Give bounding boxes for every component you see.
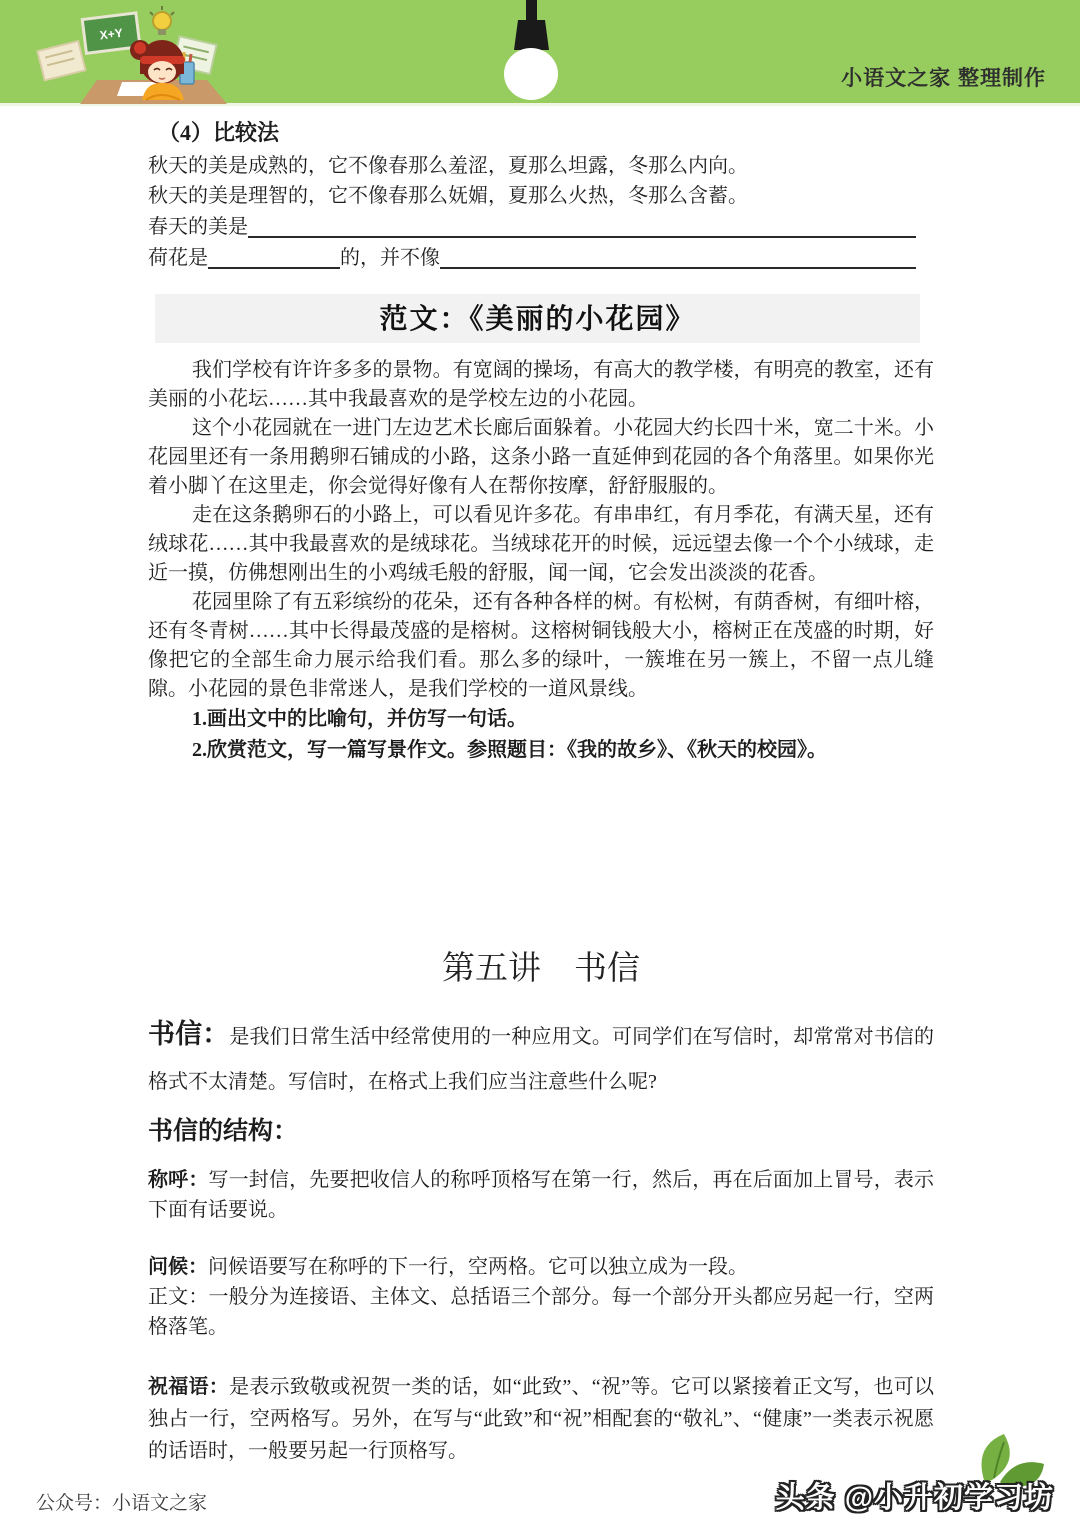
item-label: 问候：	[148, 1256, 208, 1278]
essay-paragraph: 这个小花园就在一进门左边艺术长廊后面躲着。小花园大约长四十米，宽二十米。小花园里…	[148, 414, 934, 501]
item-label: 正文：	[148, 1286, 208, 1308]
essay-title-banner: 范文：《美丽的小花园》	[155, 294, 920, 343]
letter-item-greeting: 问候：问候语要写在称呼的下一行，空两格。它可以独立成为一段。	[148, 1252, 934, 1282]
footer-watermark: 头条 @小升初学习坊	[774, 1432, 1054, 1522]
blank2-mid: 的，并不像	[340, 244, 440, 273]
letter-intro-label: 书信：	[148, 1019, 229, 1049]
studying-girl-illustration: X+Y	[22, 4, 237, 104]
blank2-prefix: 荷花是	[148, 244, 208, 273]
task-item: 1.画出文中的比喻句，并仿写一句话。	[148, 704, 934, 735]
essay-text: 我们学校有许许多多的景物。有宽阔的操场，有高大的教学楼，有明亮的教室，还有美丽的…	[148, 356, 934, 704]
lecture-title: 第五讲 书信	[148, 946, 934, 992]
hanging-lightbulb-icon	[496, 0, 566, 104]
footer-account-text: 公众号：小语文之家	[36, 1488, 207, 1515]
blank1-prefix: 春天的美是	[148, 213, 248, 242]
watermark-text: 头条 @小升初学习坊	[776, 1475, 1054, 1516]
fill-in-blank-row-1: 春天的美是	[148, 211, 934, 242]
page-header: X+Y	[0, 0, 1080, 106]
item-text: 写一封信，先要把收信人的称呼顶格写在第一行，然后，再在后面加上冒号，表示下面有话…	[148, 1169, 934, 1221]
item-label: 称呼：	[148, 1169, 208, 1191]
item-text: 一般分为连接语、主体文、总括语三个部分。每一个部分开头都应另起一行，空两格落笔。	[148, 1286, 934, 1338]
essay-tasks: 1.画出文中的比喻句，并仿写一句话。 2.欣赏范文，写一篇写景作文。参照题目：《…	[148, 704, 934, 766]
fill-in-blank-row-2: 荷花是 的，并不像	[148, 242, 934, 273]
svg-text:X+Y: X+Y	[99, 26, 124, 43]
letter-item-body: 正文：一般分为连接语、主体文、总括语三个部分。每一个部分开头都应另起一行，空两格…	[148, 1282, 934, 1342]
task-item: 2.欣赏范文，写一篇写景作文。参照题目：《我的故乡》、《秋天的校园》。	[148, 735, 934, 766]
note-paper-icon	[37, 41, 85, 80]
comparison-line-2: 秋天的美是理智的，它不像春那么妩媚，夏那么火热，冬那么含蓄。	[148, 181, 934, 211]
item-text: 问候语要写在称呼的下一行，空两格。它可以独立成为一段。	[208, 1256, 748, 1278]
letter-intro: 书信：是我们日常生活中经常使用的一种应用文。可同学们在写信时，却常常对书信的格式…	[148, 1012, 934, 1105]
letter-structure-heading: 书信的结构：	[148, 1113, 934, 1151]
blank-underline	[208, 267, 340, 269]
blank-underline	[248, 236, 916, 238]
letter-item-salutation: 称呼：写一封信，先要把收信人的称呼顶格写在第一行，然后，再在后面加上冒号，表示下…	[148, 1165, 934, 1225]
item-label: 祝福语：	[148, 1376, 229, 1398]
comparison-heading: （4）比较法	[158, 118, 934, 148]
comparison-line-1: 秋天的美是成熟的，它不像春那么羞涩，夏那么坦露，冬那么内向。	[148, 151, 934, 181]
essay-paragraph: 我们学校有许许多多的景物。有宽阔的操场，有高大的教学楼，有明亮的教室，还有美丽的…	[148, 356, 934, 414]
blank-underline	[440, 267, 916, 269]
letter-intro-text: 是我们日常生活中经常使用的一种应用文。可同学们在写信时，却常常对书信的格式不太清…	[148, 1026, 934, 1093]
essay-paragraph: 花园里除了有五彩缤纷的花朵，还有各种各样的树。有松树，有荫香树，有细叶榕，还有冬…	[148, 588, 934, 704]
lightbulb-doodle-icon	[150, 6, 174, 35]
document-body: （4）比较法 秋天的美是成熟的，它不像春那么羞涩，夏那么坦露，冬那么内向。 秋天…	[148, 106, 934, 1467]
essay-paragraph: 走在这条鹅卵石的小路上，可以看见许多花。有串串红，有月季花，有满天星，还有绒球花…	[148, 501, 934, 588]
brand-text: 小语文之家 整理制作	[841, 62, 1046, 92]
